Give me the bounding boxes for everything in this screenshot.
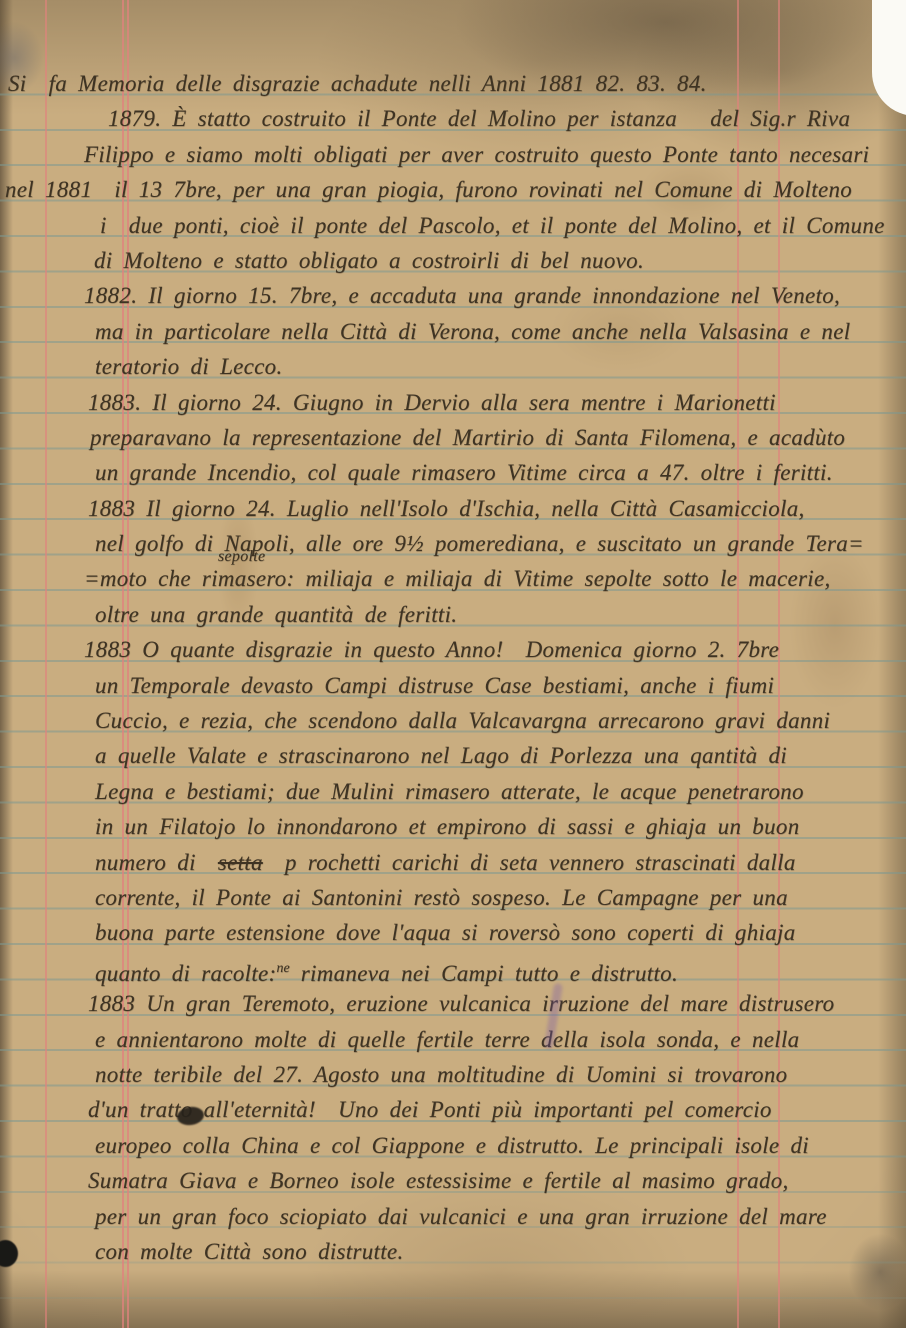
text-line: con molte Città sono distrutte. xyxy=(0,1234,906,1269)
text-line: buona parte estensione dove l'aqua si ro… xyxy=(0,915,906,950)
text-line: 1883. Il giorno 24. Giugno in Dervio all… xyxy=(0,385,906,420)
text-line: un Temporale devasto Campi distruse Case… xyxy=(0,668,906,703)
text-segment: europeo colla China e col Giappone e dis… xyxy=(95,1133,809,1158)
text-line: nel golfo di Napoli, alle ore 9½ pomered… xyxy=(0,526,906,561)
text-line: d'un tratto all'eternità! Uno dei Ponti … xyxy=(0,1092,906,1127)
text-segment: rimaneva nei Campi tutto e distrutto. xyxy=(290,961,678,986)
text-segment: 1882. Il giorno 15. 7bre, e accaduta una… xyxy=(84,283,840,308)
text-line: =moto che rimasero: miliaja e miliaja di… xyxy=(0,561,906,596)
manuscript-page: Si fa Memoria delle disgrazie achadute n… xyxy=(0,0,906,1328)
superscript-insertion: ne xyxy=(277,961,290,976)
text-segment: a quelle Valate e strascinarono nel Lago… xyxy=(95,743,787,768)
text-segment: nel 1881 il 13 7bre, per una gran piogia… xyxy=(5,177,852,202)
text-segment: quanto di racolte: xyxy=(95,961,277,986)
text-segment: d'un tratto all'eternità! Uno dei Ponti … xyxy=(88,1097,772,1122)
interline-insertion: sepolte xyxy=(218,549,265,565)
text-segment: teratorio di Lecco. xyxy=(95,354,283,379)
text-segment: notte teribile del 27. Agosto una moltit… xyxy=(95,1062,787,1087)
text-segment: i due ponti, cioè il ponte del Pascolo, … xyxy=(100,213,885,238)
text-segment: e annientarono molte di quelle fertile t… xyxy=(95,1027,799,1052)
text-line: notte teribile del 27. Agosto una moltit… xyxy=(0,1057,906,1092)
text-line: Cuccio, e rezia, che scendono dalla Valc… xyxy=(0,703,906,738)
text-segment: oltre una grande quantità de feritti. xyxy=(95,602,457,627)
text-segment: 1883. Il giorno 24. Giugno in Dervio all… xyxy=(88,390,776,415)
text-line: 1879. È statto costruito il Ponte del Mo… xyxy=(0,101,906,136)
text-line: per un gran foco sciopiato dai vulcanici… xyxy=(0,1199,906,1234)
text-line: Sumatra Giava e Borneo isole estessisime… xyxy=(0,1163,906,1198)
text-segment: Legna e bestiami; due Mulini rimasero at… xyxy=(95,779,804,804)
text-segment: ma in particolare nella Città di Verona,… xyxy=(95,319,850,344)
text-segment: 1883 O quante disgrazie in questo Anno! … xyxy=(84,637,779,662)
text-line: oltre una grande quantità de feritti. xyxy=(0,597,906,632)
text-line: Filippo e siamo molti obligati per aver … xyxy=(0,137,906,172)
text-segment: buona parte estensione dove l'aqua si ro… xyxy=(95,920,796,945)
text-segment: 1883 Un gran Teremoto, eruzione vulcanic… xyxy=(88,991,834,1016)
text-line: a quelle Valate e strascinarono nel Lago… xyxy=(0,738,906,773)
text-segment: preparavano la representazione del Marti… xyxy=(90,425,845,450)
text-segment: di Molteno e statto obligato a costroirl… xyxy=(94,248,644,273)
text-segment: =moto che rimasero: miliaja e miliaja di… xyxy=(84,566,831,591)
text-segment: nel golfo di Napoli, alle ore 9½ pomered… xyxy=(95,531,864,556)
text-segment: corrente, il Ponte ai Santonini restò so… xyxy=(95,885,788,910)
text-segment: un grande Incendio, col quale rimasero V… xyxy=(95,460,833,485)
text-line: 1883 Un gran Teremoto, eruzione vulcanic… xyxy=(0,986,906,1021)
text-line: e annientarono molte di quelle fertile t… xyxy=(0,1022,906,1057)
text-line: un grande Incendio, col quale rimasero V… xyxy=(0,455,906,490)
text-segment: un Temporale devasto Campi distruse Case… xyxy=(95,673,774,698)
text-segment: Si fa Memoria delle disgrazie achadute n… xyxy=(8,71,707,96)
text-line: 1883 Il giorno 24. Luglio nell'Isolo d'I… xyxy=(0,491,906,526)
text-line: ma in particolare nella Città di Verona,… xyxy=(0,314,906,349)
text-segment: Cuccio, e rezia, che scendono dalla Valc… xyxy=(95,708,830,733)
text-segment: 1879. È statto costruito il Ponte del Mo… xyxy=(108,106,850,131)
text-line: preparavano la representazione del Marti… xyxy=(0,420,906,455)
struck-word: setta xyxy=(218,850,263,875)
text-segment: per un gran foco sciopiato dai vulcanici… xyxy=(95,1204,827,1229)
text-line: Si fa Memoria delle disgrazie achadute n… xyxy=(0,66,906,101)
text-segment: numero di xyxy=(95,850,218,875)
text-segment: con molte Città sono distrutte. xyxy=(95,1239,404,1264)
text-segment: 1883 Il giorno 24. Luglio nell'Isolo d'I… xyxy=(88,496,805,521)
text-line: 1883 O quante disgrazie in questo Anno! … xyxy=(0,632,906,667)
text-segment: Sumatra Giava e Borneo isole estessisime… xyxy=(88,1168,789,1193)
text-line: teratorio di Lecco. xyxy=(0,349,906,384)
manuscript-lines: Si fa Memoria delle disgrazie achadute n… xyxy=(0,66,906,1269)
text-segment: p rochetti carichi di seta vennero stras… xyxy=(263,850,796,875)
text-line: in un Filatojo lo innondarono et empiron… xyxy=(0,809,906,844)
text-line: europeo colla China e col Giappone e dis… xyxy=(0,1128,906,1163)
text-line: corrente, il Ponte ai Santonini restò so… xyxy=(0,880,906,915)
text-line: i due ponti, cioè il ponte del Pascolo, … xyxy=(0,208,906,243)
text-line: numero di setta p rochetti carichi di se… xyxy=(0,845,906,880)
text-line: quanto di racolte:ne rimaneva nei Campi … xyxy=(0,951,906,986)
text-segment: in un Filatojo lo innondarono et empiron… xyxy=(95,814,800,839)
text-line: nel 1881 il 13 7bre, per una gran piogia… xyxy=(0,172,906,207)
text-line: di Molteno e statto obligato a costroirl… xyxy=(0,243,906,278)
text-line: 1882. Il giorno 15. 7bre, e accaduta una… xyxy=(0,278,906,313)
text-segment: Filippo e siamo molti obligati per aver … xyxy=(84,142,869,167)
text-line: Legna e bestiami; due Mulini rimasero at… xyxy=(0,774,906,809)
